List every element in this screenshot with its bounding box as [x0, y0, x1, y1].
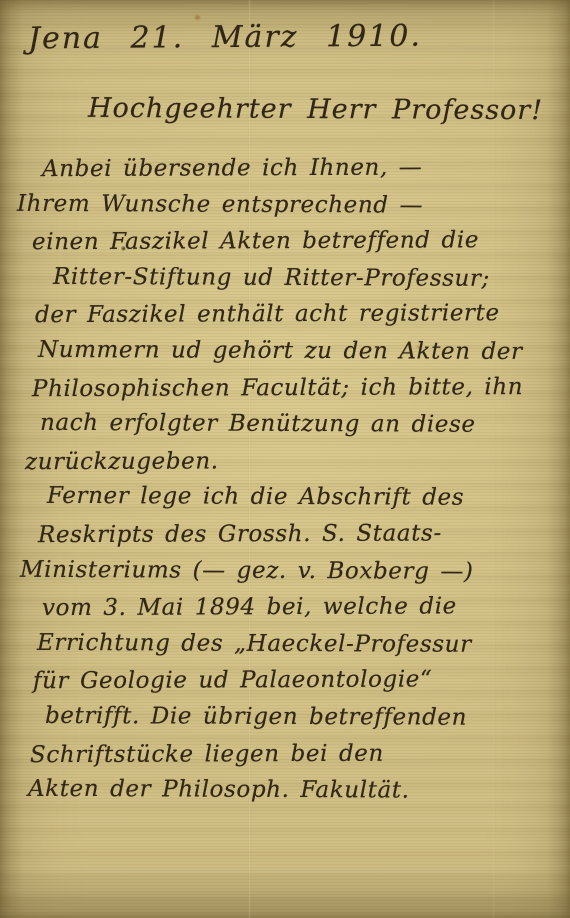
- manuscript-line: betrifft. Die übrigen betreffenden: [45, 698, 570, 737]
- manuscript-line: einen Faszikel Akten betreffend die: [32, 222, 570, 261]
- manuscript-line: Nummern ud gehört zu den Akten der: [38, 332, 570, 371]
- manuscript-line: Reskripts des Grossh. S. Staats-: [38, 515, 570, 554]
- manuscript-line: Philosophischen Facultät; ich bitte, ihn: [32, 368, 570, 407]
- manuscript-line: Ferner lege ich die Abschrift des: [47, 478, 570, 517]
- manuscript-line: Ministeriums (— gez. v. Boxberg —): [20, 551, 570, 590]
- manuscript-line: Ritter-Stiftung ud Ritter-Professur;: [53, 259, 570, 298]
- manuscript-line: zurückzugeben.: [25, 442, 570, 481]
- manuscript-line: der Faszikel enthält acht registrierte: [35, 295, 570, 334]
- salutation-line: Hochgeehrter Herr Professor!: [88, 93, 543, 126]
- manuscript-line: vom 3. Mai 1894 bei, welche die: [42, 588, 570, 627]
- manuscript-line: Schriftstücke liegen bei den: [30, 734, 570, 773]
- manuscript-line: nach erfolgter Benützung an diese: [40, 405, 570, 444]
- manuscript-line: Anbei übersende ich Ihnen, —: [42, 149, 570, 188]
- manuscript-line: Ihrem Wunsche entsprechend —: [17, 185, 570, 224]
- manuscript-line: Akten der Philosoph. Fakultät.: [28, 771, 570, 810]
- manuscript-line: für Geologie ud Palaeontologie“: [33, 661, 570, 700]
- manuscript-line: Errichtung des „Haeckel-Professur: [37, 625, 570, 664]
- date-line: Jena 21. März 1910.: [28, 19, 422, 57]
- letter-page: Jena 21. März 1910. Hochgeehrter Herr Pr…: [0, 0, 570, 918]
- letter-body: Anbei übersende ich Ihnen, — Ihrem Wunsc…: [0, 150, 570, 809]
